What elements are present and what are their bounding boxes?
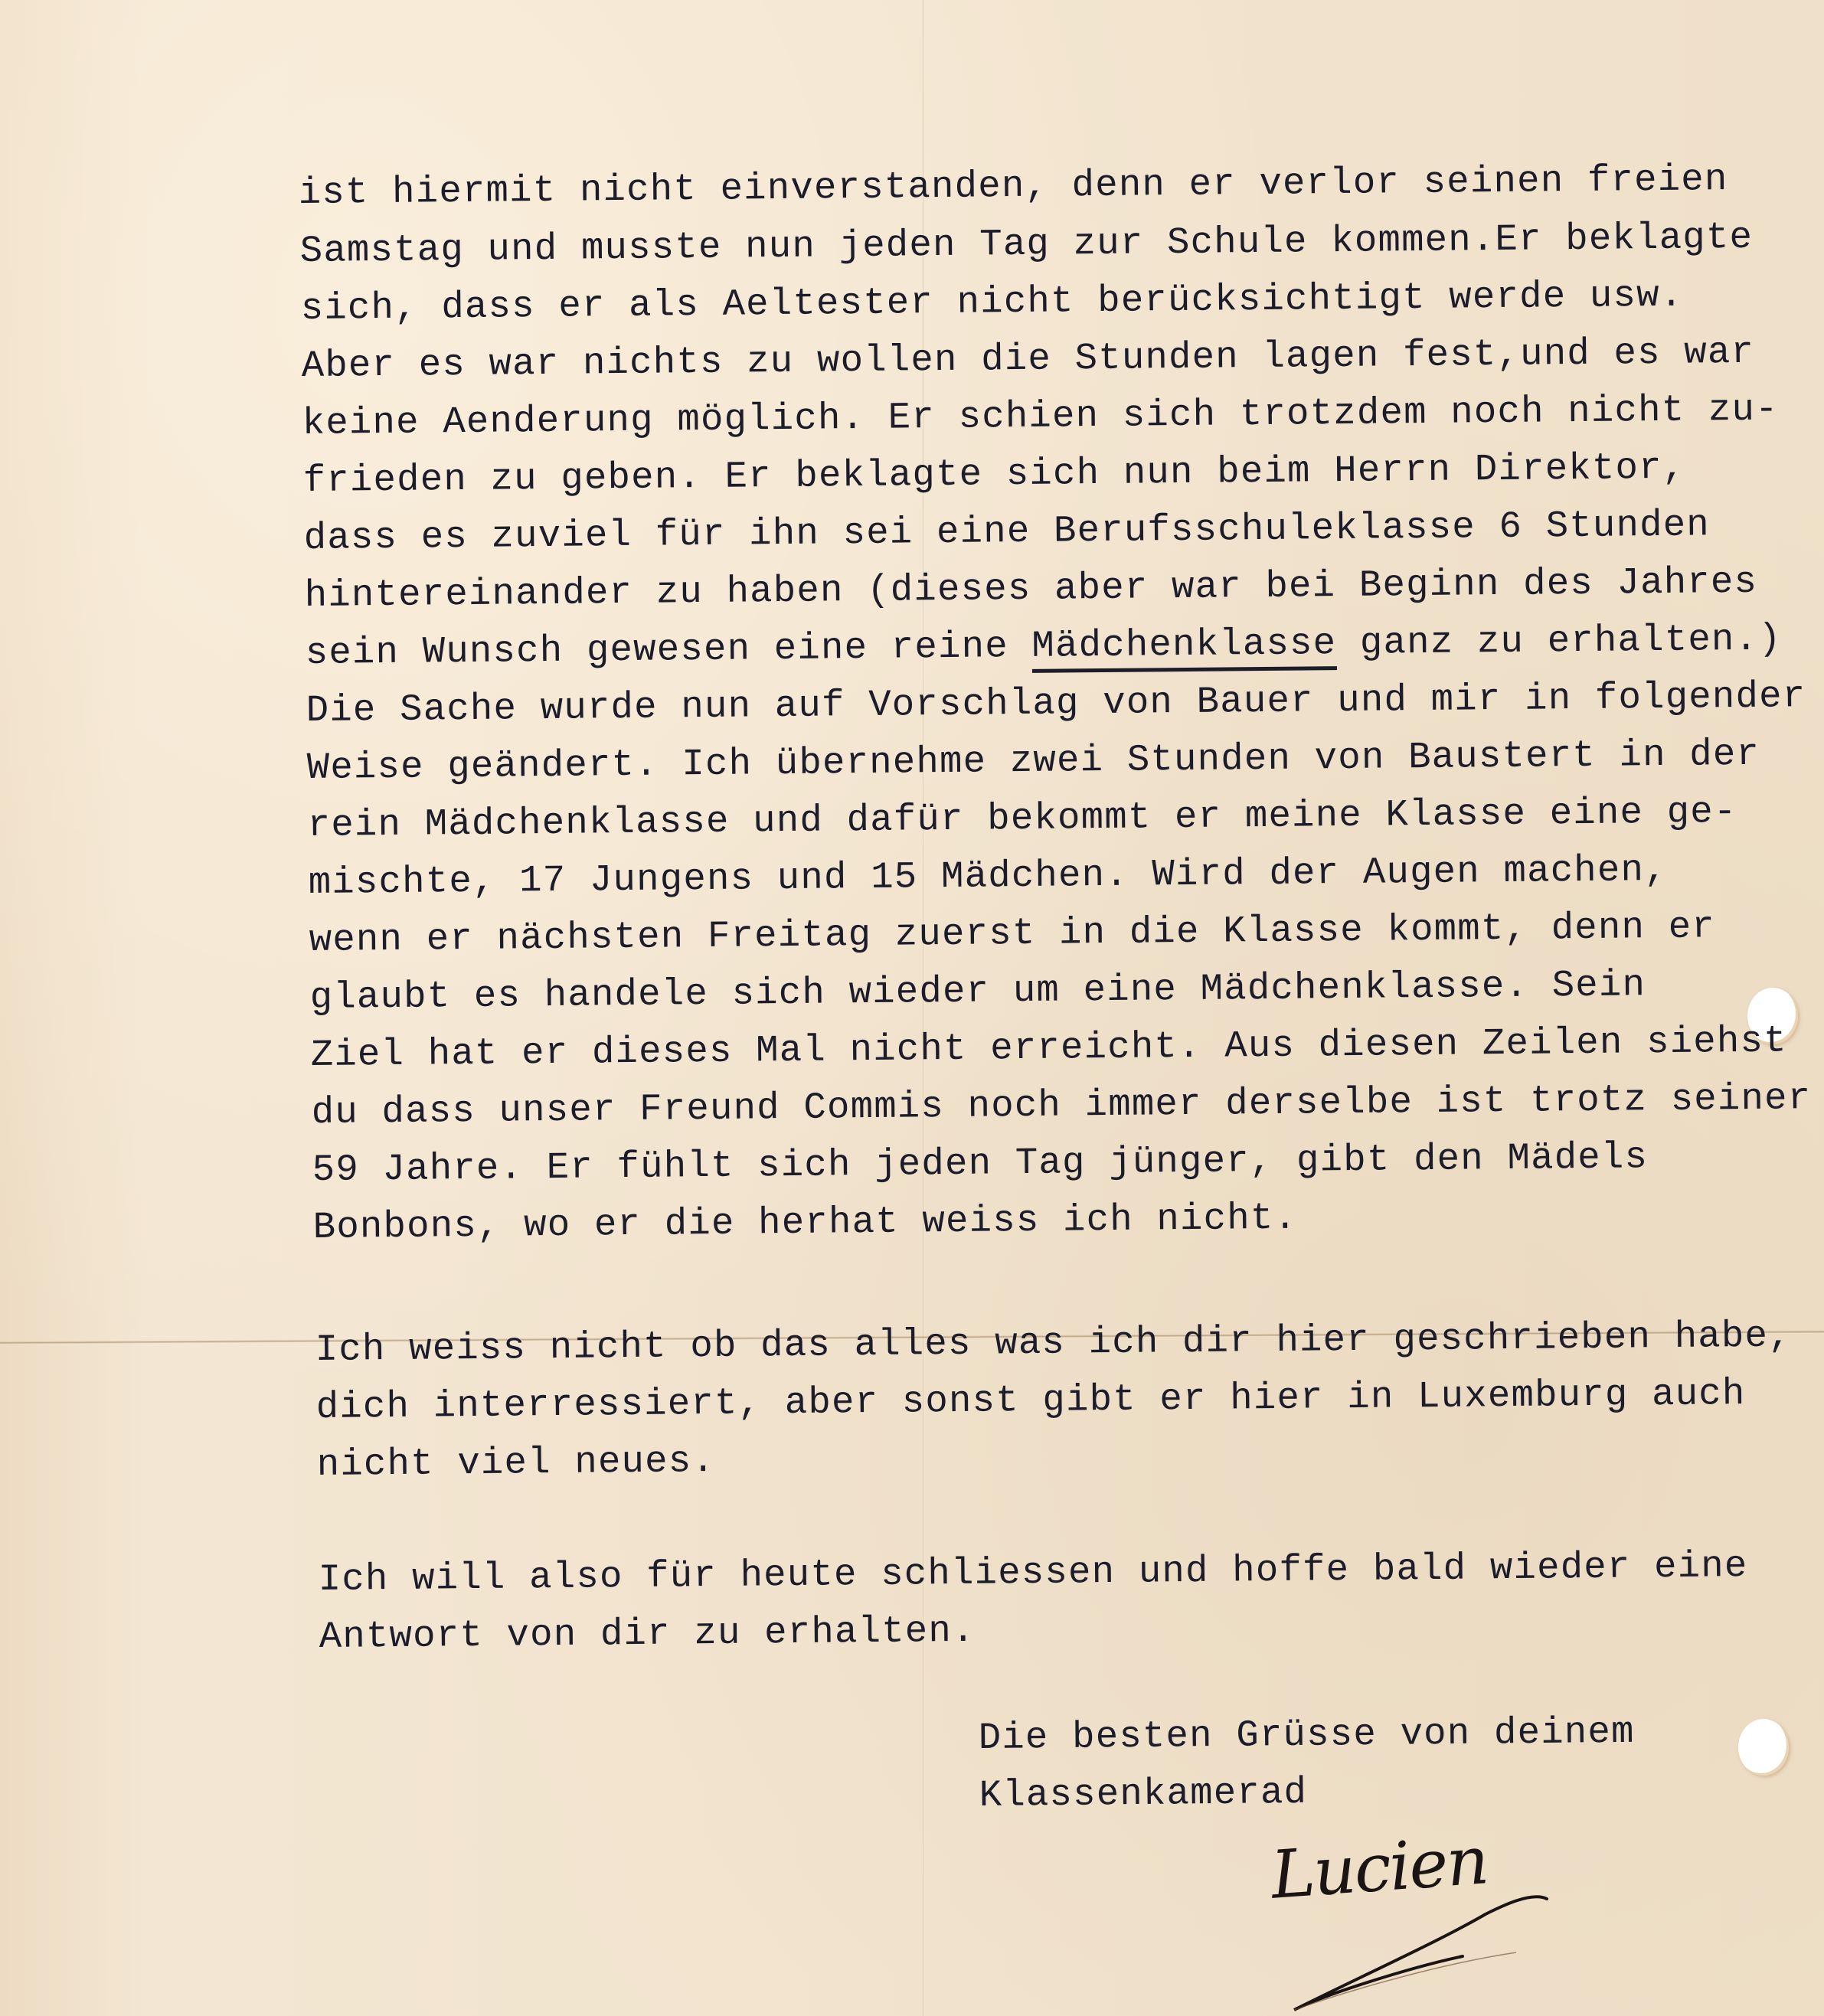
text-line: dich interressiert, aber sonst gibt er h… bbox=[315, 1371, 1745, 1430]
text-line: du dass unser Freund Commis noch immer d… bbox=[311, 1075, 1811, 1135]
text-line: glaubt es handele sich wieder um eine Mä… bbox=[309, 962, 1646, 1021]
signature-flourish-icon bbox=[1210, 1815, 1593, 2014]
text-line: dass es zuviel für ihn sei eine Berufssc… bbox=[303, 502, 1710, 561]
text-line: Weise geändert. Ich übernehme zwei Stund… bbox=[306, 731, 1760, 791]
text-line: Antwort von dir zu erhalten. bbox=[319, 1608, 975, 1660]
text-line: Samstag und musste nun jeden Tag zur Sch… bbox=[299, 214, 1753, 274]
text-line: sich, dass er als Aeltester nicht berück… bbox=[300, 273, 1683, 332]
text-line: wenn er nächsten Freitag zuerst in die K… bbox=[309, 903, 1715, 963]
text-segment: ganz zu erhalten.) bbox=[1336, 617, 1782, 665]
handwritten-signature: Lucien bbox=[1210, 1815, 1593, 2014]
text-line: Aber es war nichts zu wollen die Stunden… bbox=[301, 329, 1754, 389]
text-line: 59 Jahre. Er fühlt sich jeden Tag jünger… bbox=[312, 1134, 1648, 1193]
closing-line: Klassenkamerad bbox=[979, 1769, 1307, 1818]
letter-page: ist hiermit nicht einverstanden, denn er… bbox=[0, 0, 1824, 2016]
text-line: Ich weiss nicht ob das alles was ich dir… bbox=[315, 1312, 1792, 1373]
text-line: ist hiermit nicht einverstanden, denn er… bbox=[298, 156, 1728, 216]
text-line: Ich will also für heute schliessen und h… bbox=[318, 1543, 1747, 1603]
underlined-word: Mädchenklasse bbox=[1031, 622, 1336, 673]
text-line-with-underline: sein Wunsch gewesen eine reine Mädchenkl… bbox=[305, 616, 1782, 676]
text-line: Ziel hat er dieses Mal nicht erreicht. A… bbox=[310, 1018, 1787, 1078]
text-line: keine Aenderung möglich. Er schien sich … bbox=[302, 386, 1779, 446]
text-line: Die Sache wurde nun auf Vorschlag von Ba… bbox=[306, 673, 1806, 734]
text-segment: sein Wunsch gewesen eine reine bbox=[305, 625, 1031, 675]
text-line: Bonbons, wo er die herhat weiss ich nich… bbox=[312, 1195, 1297, 1250]
text-line: mischte, 17 Jungens und 15 Mädchen. Wird… bbox=[308, 847, 1668, 906]
text-line: rein Mädchenklasse und dafür bekommt er … bbox=[307, 789, 1737, 848]
text-line: hintereinander zu haben (dieses aber war… bbox=[304, 559, 1757, 619]
text-line: frieden zu geben. Er beklagte sich nun b… bbox=[302, 445, 1685, 504]
text-line: nicht viel neues. bbox=[316, 1438, 715, 1488]
closing-line: Die besten Grüsse von deinem bbox=[978, 1709, 1634, 1761]
